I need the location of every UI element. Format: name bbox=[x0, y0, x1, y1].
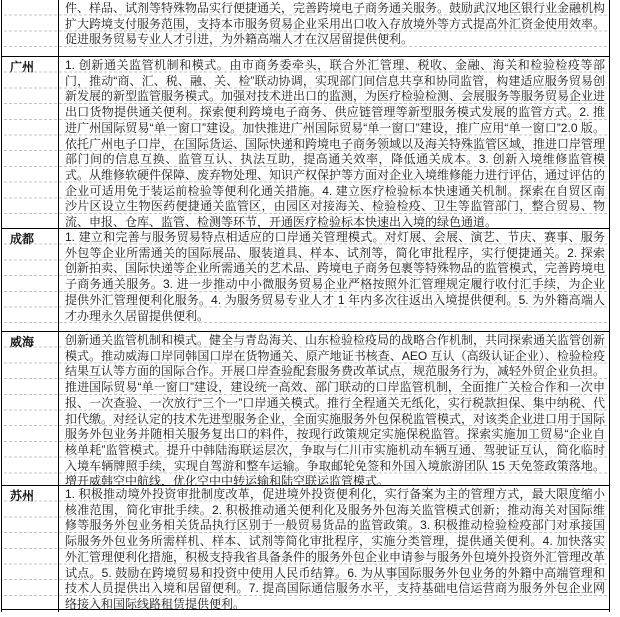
table-row-cutoff bbox=[2, 609, 609, 612]
table-row-suzhou: 苏州 1. 积极推动境外投资审批制度改革，促进境外投资便利化，实行备案为主的管理… bbox=[2, 485, 609, 609]
city-cell: 威海 bbox=[2, 332, 59, 485]
policy-text: 1. 积极推动境外投资审批制度改革，促进境外投资便利化，实行备案为主的管理方式，… bbox=[59, 486, 609, 609]
city-cell: 苏州 bbox=[2, 486, 59, 609]
city-cell: 广州 bbox=[2, 57, 59, 228]
document-page: 件、样品、试剂等特殊物品实行便捷通关，完善跨境电子商务通关服务。鼓励武汉地区银行… bbox=[0, 0, 620, 617]
policy-text: 件、样品、试剂等特殊物品实行便捷通关，完善跨境电子商务通关服务。鼓励武汉地区银行… bbox=[59, 0, 609, 56]
table-row-weihai: 威海 创新通关监管机制和模式。健全与青岛海关、山东检验检疫局的战略合作机制，共同… bbox=[2, 331, 609, 485]
policy-text: 1. 建立和完善与服务贸易特点相适应的口岸通关管理模式。对灯展、会展、演艺、节庆… bbox=[59, 229, 609, 331]
policy-text bbox=[59, 610, 609, 612]
city-cell bbox=[2, 610, 59, 612]
policy-text: 1. 创新通关监管机制和模式。由市商务委牵头，联合外汇管理、税收、金融、海关和检… bbox=[59, 57, 609, 228]
table-row-wuhan-continued: 件、样品、试剂等特殊物品实行便捷通关，完善跨境电子商务通关服务。鼓励武汉地区银行… bbox=[2, 0, 609, 56]
table-row-chengdu: 成都 1. 建立和完善与服务贸易特点相适应的口岸通关管理模式。对灯展、会展、演艺… bbox=[2, 228, 609, 331]
city-cell: 成都 bbox=[2, 229, 59, 331]
policy-text: 创新通关监管机制和模式。健全与青岛海关、山东检验检疫局的战略合作机制，共同探索通… bbox=[59, 332, 609, 485]
policy-table: 件、样品、试剂等特殊物品实行便捷通关，完善跨境电子商务通关服务。鼓励武汉地区银行… bbox=[1, 0, 610, 612]
table-row-guangzhou: 广州 1. 创新通关监管机制和模式。由市商务委牵头，联合外汇管理、税收、金融、海… bbox=[2, 56, 609, 228]
city-cell bbox=[2, 0, 59, 56]
